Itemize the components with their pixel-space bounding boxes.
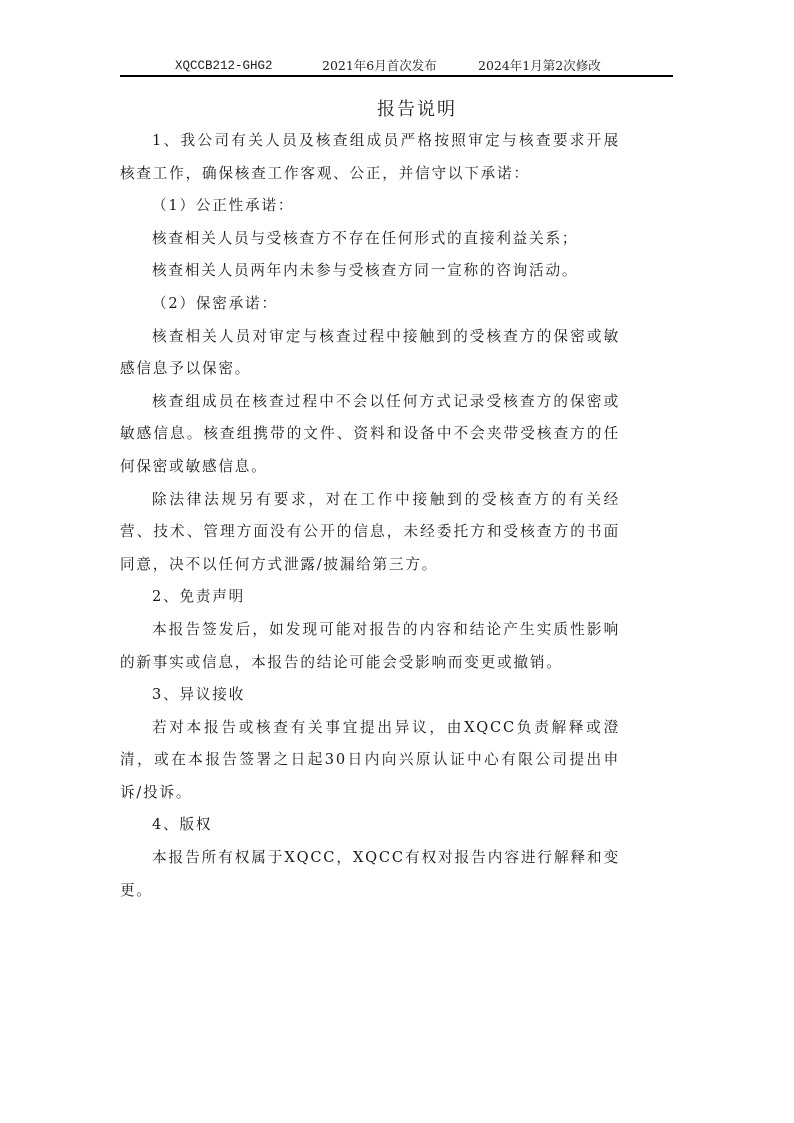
objection-text: 若对本报告或核查有关事宜提出异议，由XQCC负责解释或澄清，或在本报告签署之日起…: [120, 712, 620, 810]
section-3-heading: 3、异议接收: [120, 679, 620, 712]
section-2-heading: 2、免责声明: [120, 581, 620, 614]
disclaimer-text: 本报告签发后，如发现可能对报告的内容和结论产生实质性影响的新事实或信息，本报告的…: [120, 614, 620, 679]
subsection-confidentiality-heading: （2）保密承诺：: [120, 288, 620, 321]
section-1-intro: 1、我公司有关人员及核查组成员严格按照审定与核查要求开展核查工作，确保核查工作客…: [120, 125, 620, 190]
impartiality-item-2: 核查相关人员两年内未参与受核查方同一宣称的咨询活动。: [120, 255, 620, 288]
impartiality-item-1: 核查相关人员与受核查方不存在任何形式的直接利益关系；: [120, 223, 620, 256]
confidentiality-item-2: 核查组成员在核查过程中不会以任何方式记录受核查方的保密或敏感信息。核查组携带的文…: [120, 386, 620, 484]
header-divider: [120, 75, 673, 77]
page-title: 报告说明: [0, 97, 794, 123]
page-header: XQCCB212-GHG2 2021年6月首次发布 2024年1月第2次修改: [120, 56, 673, 76]
revision-date: 2024年1月第2次修改: [478, 56, 601, 76]
document-code: XQCCB212-GHG2: [175, 56, 273, 76]
subsection-impartiality-heading: （1）公正性承诺：: [120, 190, 620, 223]
section-4-heading: 4、版权: [120, 809, 620, 842]
document-body: 1、我公司有关人员及核查组成员严格按照审定与核查要求开展核查工作，确保核查工作客…: [120, 125, 620, 907]
publish-date: 2021年6月首次发布: [322, 56, 437, 76]
confidentiality-item-1: 核查相关人员对审定与核查过程中接触到的受核查方的保密或敏感信息予以保密。: [120, 321, 620, 386]
copyright-text: 本报告所有权属于XQCC，XQCC有权对报告内容进行解释和变更。: [120, 842, 620, 907]
confidentiality-item-3: 除法律法规另有要求，对在工作中接触到的受核查方的有关经营、技术、管理方面没有公开…: [120, 484, 620, 582]
